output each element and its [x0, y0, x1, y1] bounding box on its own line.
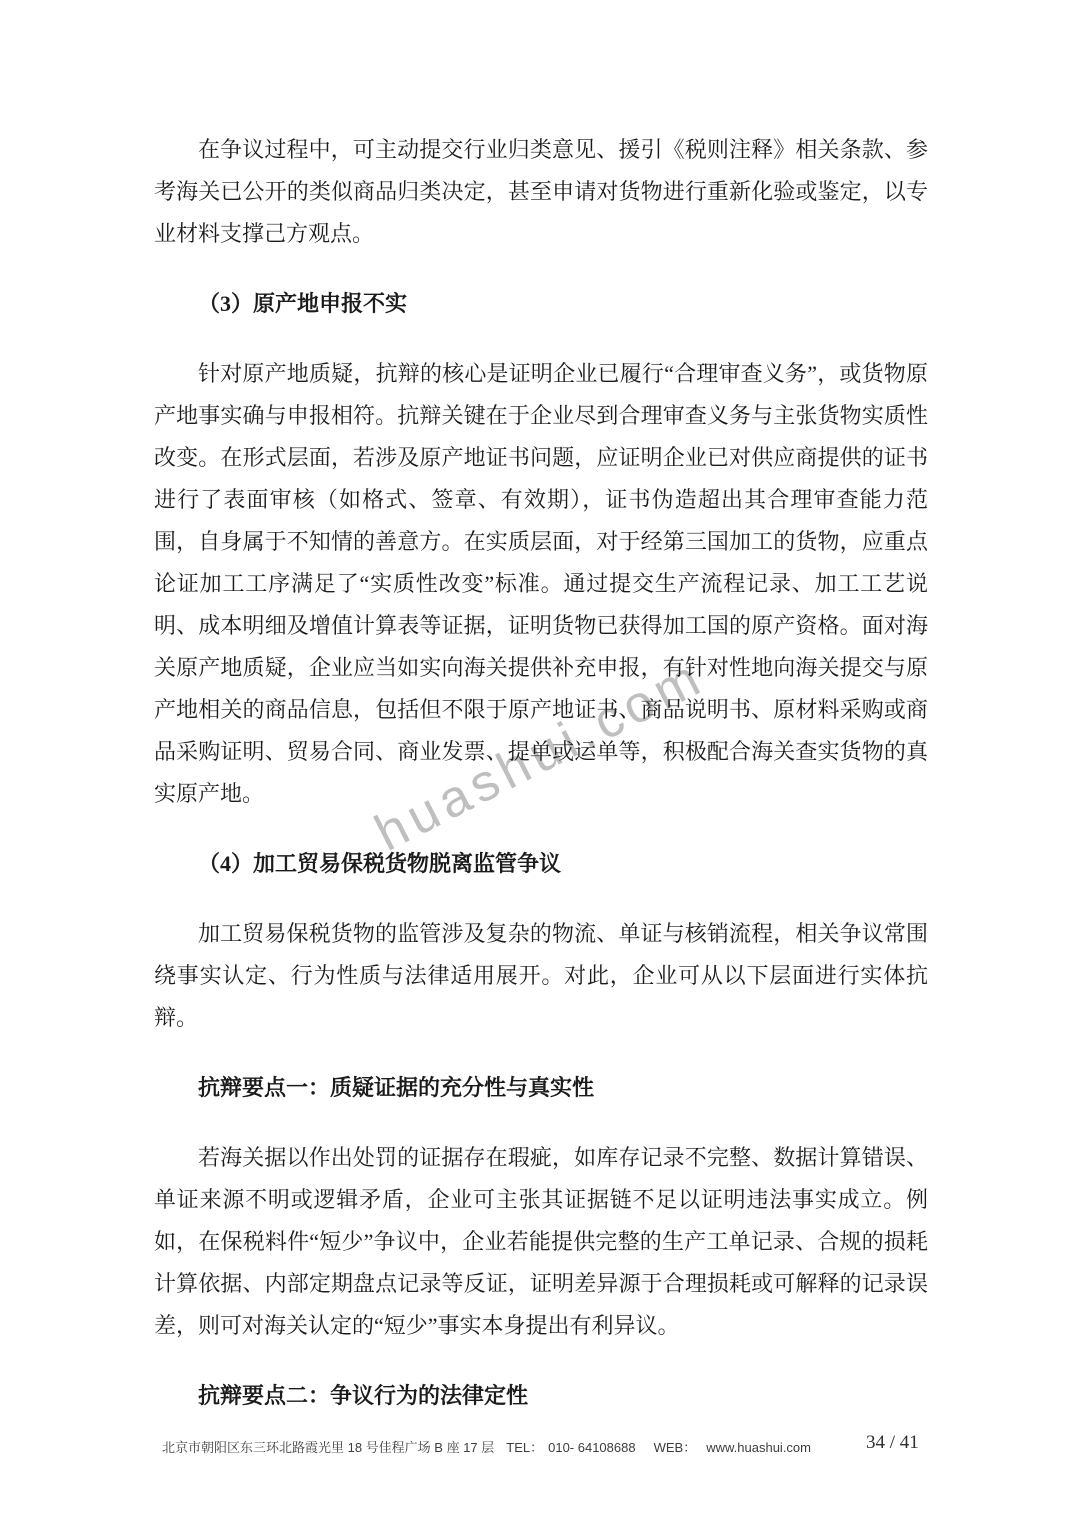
- page-number: 34 / 41: [866, 1432, 919, 1454]
- footer-tel-label: TEL：: [506, 1437, 543, 1456]
- document-content: 在争议过程中，可主动提交行业归类意见、援引《税则注释》相关条款、参考海关已公开的…: [154, 129, 928, 1445]
- paragraph-classification-defense: 在争议过程中，可主动提交行业归类意见、援引《税则注释》相关条款、参考海关已公开的…: [154, 129, 928, 255]
- footer-web-url: www.huashui.com: [706, 1440, 811, 1455]
- paragraph-processing-trade-intro: 加工贸易保税货物的监管涉及复杂的物流、单证与核销流程，相关争议常围绕事实认定、行…: [154, 913, 928, 1039]
- footer-web-label: WEB：: [654, 1437, 697, 1456]
- paragraph-origin-defense: 针对原产地质疑，抗辩的核心是证明企业已履行“合理审查义务”，或货物原产地事实确与…: [154, 353, 928, 815]
- document-page: huashui.com 在争议过程中，可主动提交行业归类意见、援引《税则注释》相…: [0, 0, 1080, 1528]
- page-footer: 北京市朝阳区东三环北路霞光里 18 号佳程广场 B 座 17 层 TEL： 01…: [162, 1437, 811, 1456]
- heading-defense-point-1: 抗辩要点一：质疑证据的充分性与真实性: [154, 1067, 928, 1109]
- paragraph-defense-point-1: 若海关据以作出处罚的证据存在瑕疵，如库存记录不完整、数据计算错误、单证来源不明或…: [154, 1137, 928, 1347]
- footer-tel-number: 010- 64108688: [548, 1440, 635, 1455]
- heading-defense-point-2: 抗辩要点二：争议行为的法律定性: [154, 1375, 928, 1417]
- heading-processing-trade-dispute: （4）加工贸易保税货物脱离监管争议: [154, 843, 928, 885]
- heading-origin-misdeclaration: （3）原产地申报不实: [154, 283, 928, 325]
- footer-address: 北京市朝阳区东三环北路霞光里 18 号佳程广场 B 座 17 层: [162, 1437, 494, 1456]
